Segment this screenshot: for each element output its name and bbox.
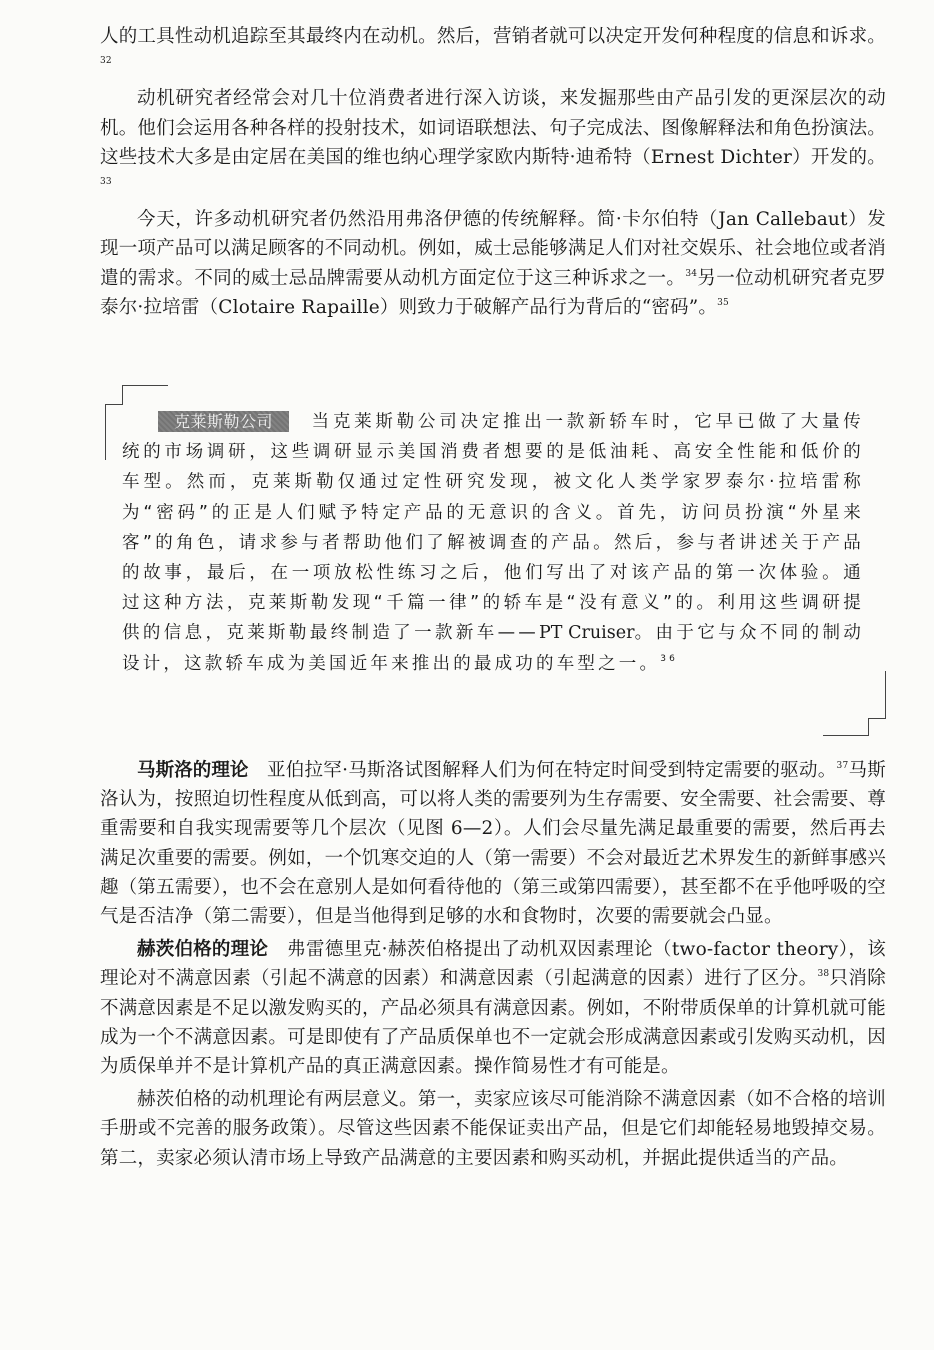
case-study-box: 克莱斯勒公司当克莱斯勒公司决定推出一款新轿车时，它早已做了大量传统的市场调研，这… bbox=[100, 383, 886, 720]
page-bottom: 马斯洛的理论 亚伯拉罕·马斯洛试图解释人们为何在特定时间受到特定需要的驱动。37… bbox=[100, 756, 886, 1177]
section-heading-herzberg: 赫茨伯格的理论 bbox=[137, 939, 268, 960]
product-name: PT Cruiser bbox=[539, 623, 635, 643]
paragraph-text: 人的工具性动机追踪至其最终内在动机。然后，营销者就可以决定开发何种程度的信息和诉… bbox=[100, 26, 886, 47]
paragraph-text: 亚伯拉罕·马斯洛试图解释人们为何在特定时间受到特定需要的驱动。 bbox=[267, 760, 837, 781]
footnote-ref[interactable]: 35 bbox=[717, 298, 729, 308]
box-corner-bottom-right bbox=[823, 735, 869, 736]
section-heading-maslow: 马斯洛的理论 bbox=[137, 760, 248, 781]
box-corner-top-left bbox=[122, 385, 168, 386]
box-corner-top-left bbox=[105, 404, 123, 405]
box-corner-bottom-right bbox=[885, 671, 886, 719]
box-corner-bottom-right bbox=[868, 718, 886, 719]
paragraph-freud-tradition: 今天，许多动机研究者仍然沿用弗洛伊德的传统解释。简·卡尔伯特（Jan Calle… bbox=[100, 205, 886, 322]
footnote-ref[interactable]: 34 bbox=[685, 269, 697, 279]
paragraph-maslow: 马斯洛的理论 亚伯拉罕·马斯洛试图解释人们为何在特定时间受到特定需要的驱动。37… bbox=[100, 756, 886, 931]
paragraph-intro-continuation: 人的工具性动机追踪至其最终内在动机。然后，营销者就可以决定开发何种程度的信息和诉… bbox=[100, 22, 886, 80]
case-study-label: 克莱斯勒公司 bbox=[158, 411, 289, 432]
box-corner-top-left bbox=[105, 404, 106, 460]
footnote-ref[interactable]: 38 bbox=[817, 969, 829, 979]
box-corner-bottom-right bbox=[868, 718, 869, 736]
paragraph-herzberg: 赫茨伯格的理论 弗雷德里克·赫茨伯格提出了动机双因素理论（two-factor … bbox=[100, 935, 886, 1081]
footnote-ref[interactable]: 33 bbox=[100, 177, 112, 187]
case-study-text-part: 当克莱斯勒公司决定推出一款新轿车时，它早已做了大量传统的市场调研，这些调研显示美… bbox=[122, 412, 864, 643]
footnote-ref[interactable]: 36 bbox=[660, 654, 678, 664]
footnote-ref[interactable]: 37 bbox=[837, 761, 849, 771]
paragraph-herzberg-implications: 赫茨伯格的动机理论有两层意义。第一，卖家应该尽可能消除不满意因素（如不合格的培训… bbox=[100, 1085, 886, 1173]
paragraph-motivation-research: 动机研究者经常会对几十位消费者进行深入访谈，来发掘那些由产品引发的更深层次的动机… bbox=[100, 84, 886, 201]
paragraph-text: 马斯洛认为，按照迫切性程度从低到高，可以将人类的需要列为生存需要、安全需要、社会… bbox=[100, 760, 886, 927]
paragraph-text: 动机研究者经常会对几十位消费者进行深入访谈，来发掘那些由产品引发的更深层次的动机… bbox=[100, 88, 886, 167]
paragraph-text: 赫茨伯格的动机理论有两层意义。第一，卖家应该尽可能消除不满意因素（如不合格的培训… bbox=[100, 1089, 886, 1168]
case-study-text: 克莱斯勒公司当克莱斯勒公司决定推出一款新轿车时，它早已做了大量传统的市场调研，这… bbox=[122, 407, 864, 679]
footnote-ref[interactable]: 32 bbox=[100, 56, 112, 66]
box-corner-top-left bbox=[122, 385, 123, 405]
page-top: 人的工具性动机追踪至其最终内在动机。然后，营销者就可以决定开发何种程度的信息和诉… bbox=[100, 22, 886, 326]
